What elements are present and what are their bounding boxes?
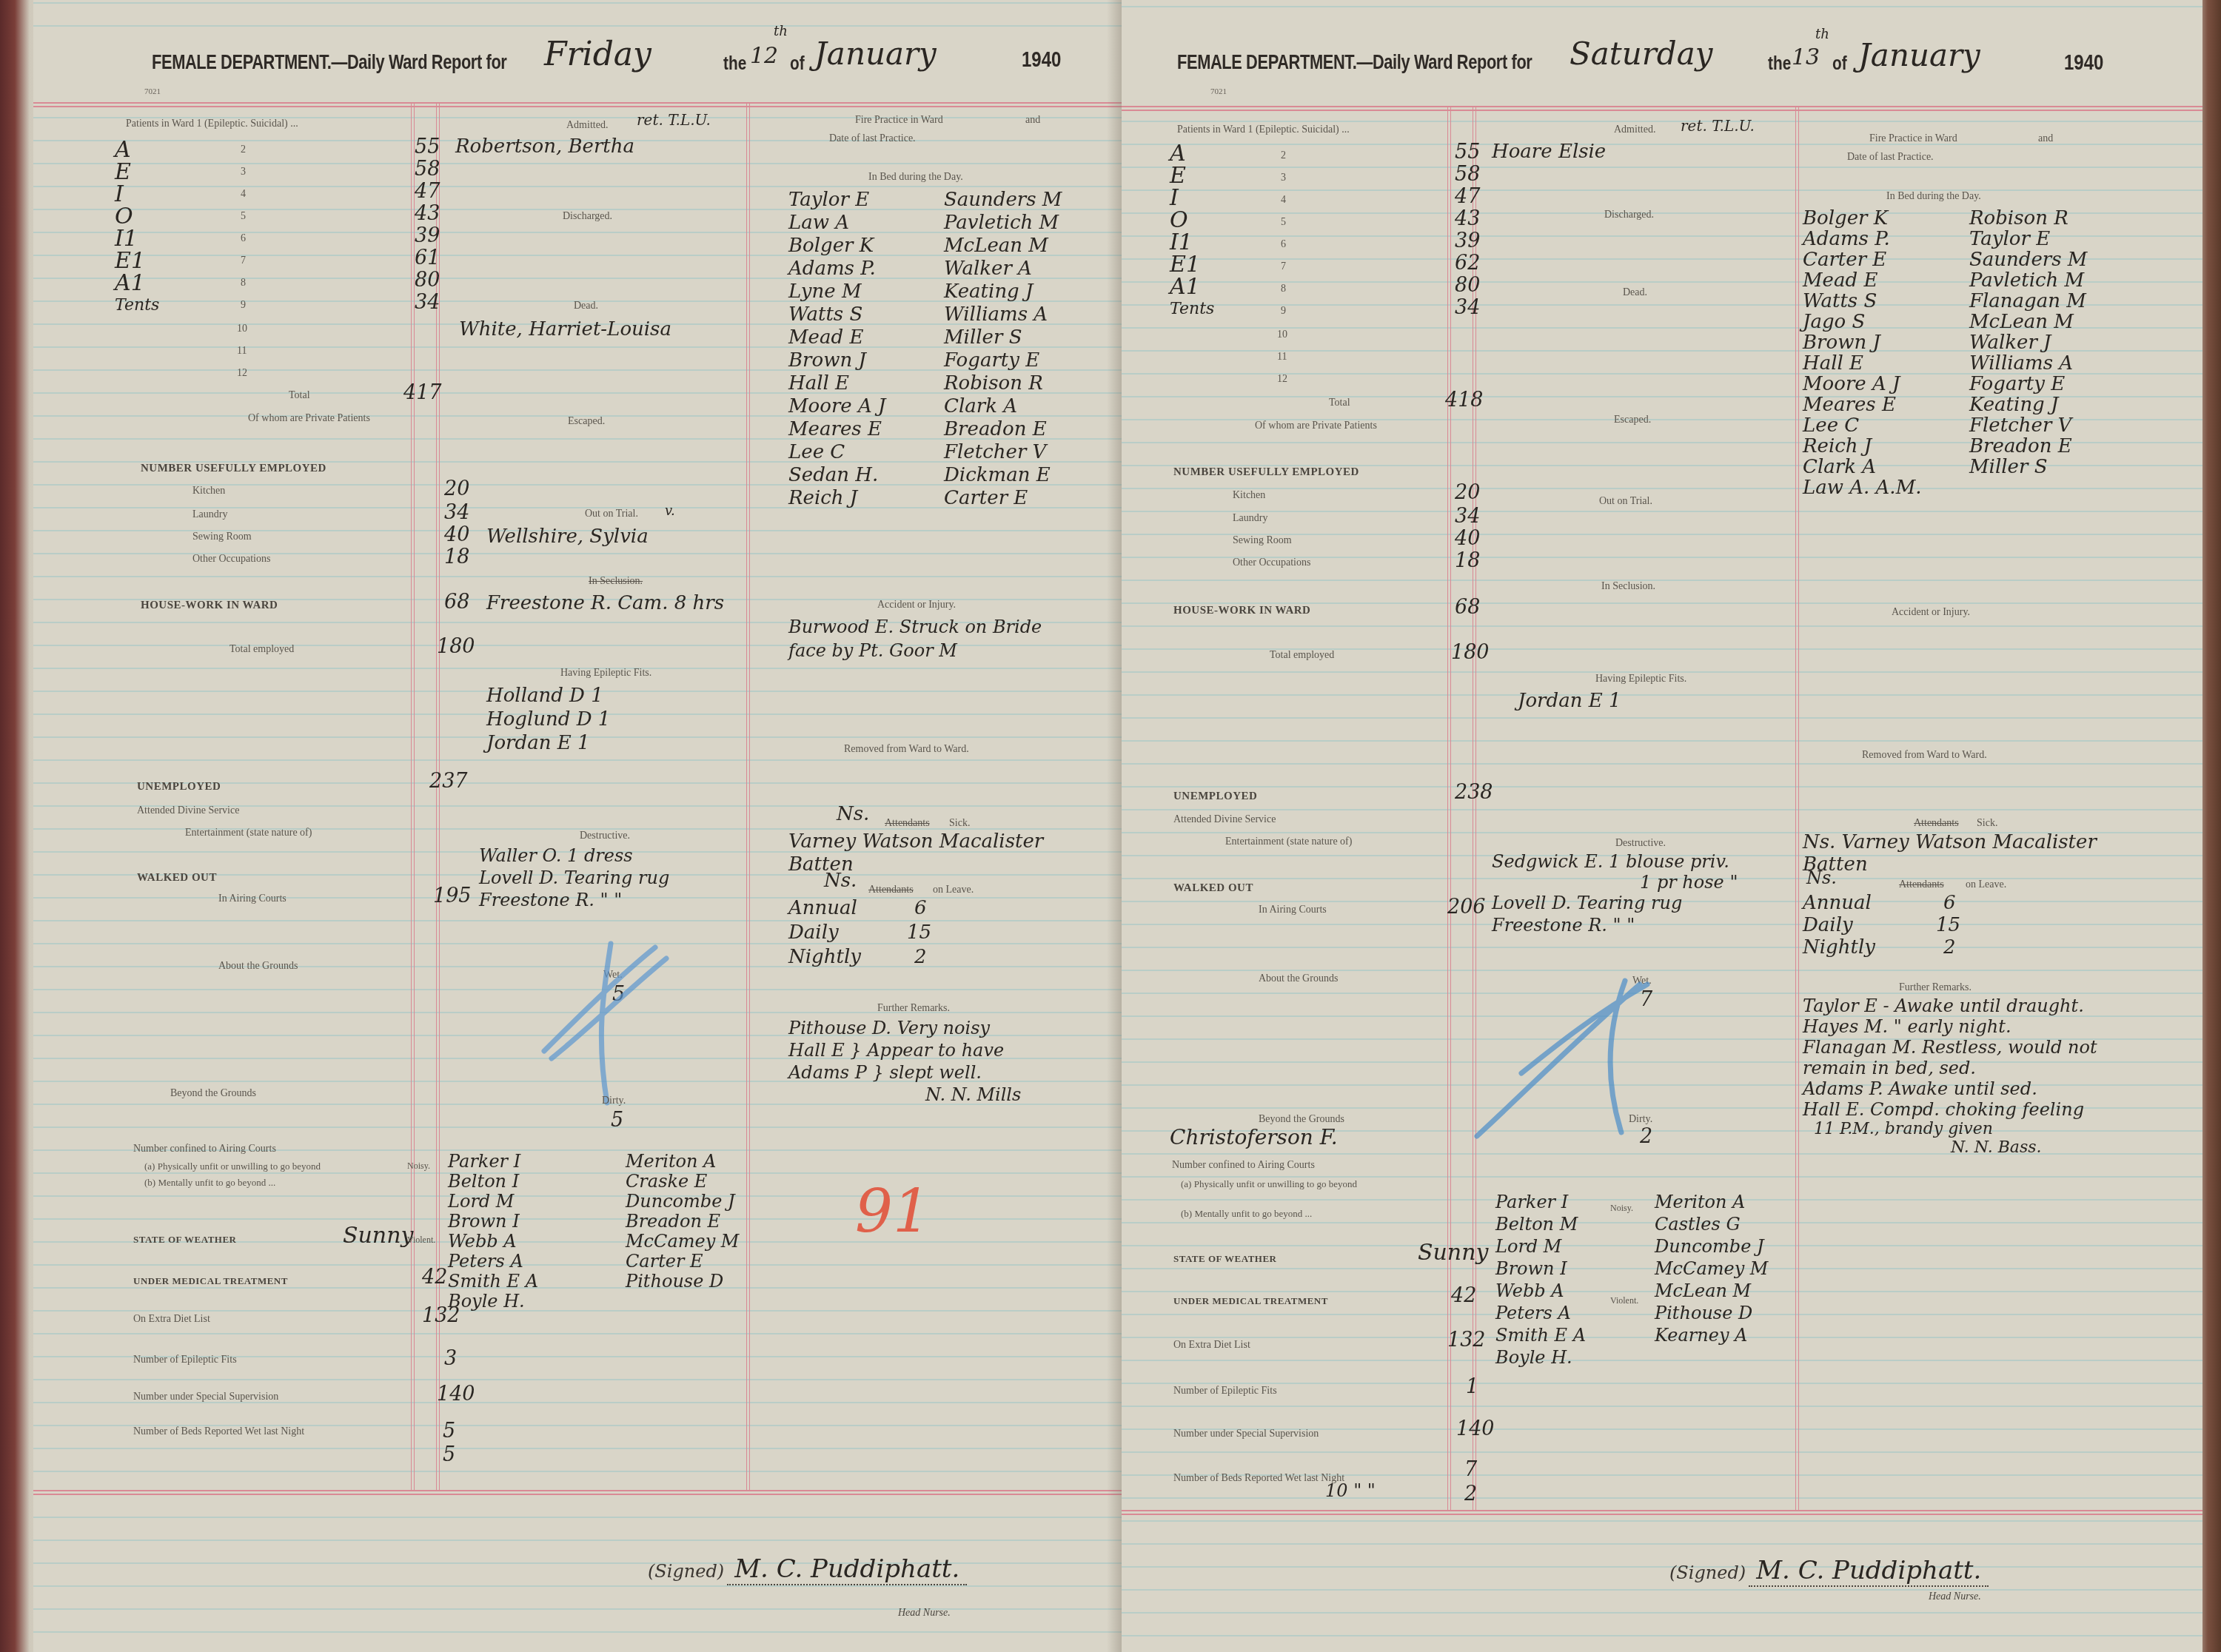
beyond-grounds-patient: Christoferson F. [1170,1125,1338,1149]
employment-label: Sewing Room [1233,535,1292,547]
accident-label: Accident or Injury. [1892,607,1970,619]
ward-number: 10 [237,323,247,335]
beds-wet-label: Number of Beds Reported Wet last Night [1173,1473,1344,1485]
violent-patient: Boyle H. [1495,1347,1572,1368]
in-bed-patient: McLean M [944,235,1048,257]
walked-out-label: WALKED OUT [137,872,217,884]
the-label: the [723,52,746,75]
ward-count: 80 [415,269,440,292]
ward-number: 7 [241,255,246,267]
remark-line: 11 P.M., brandy given [1814,1120,1993,1138]
destructive-patient: Lovell D. Tearing rug [479,867,669,888]
left-page: FEMALE DEPARTMENT.—Daily Ward Report for… [33,0,1122,1652]
leave-count: 6 [1943,892,1956,914]
fire-practice-and: and [1025,115,1040,127]
employment-count: 18 [1455,549,1480,572]
beds-wet-count: 5 [443,1420,455,1443]
attendants-struck-label: Attendants [1914,818,1959,830]
in-bed-patient: Saunders M [1969,249,2088,271]
housework-label: HOUSE-WORK IN WARD [141,600,278,612]
attendants-struck-label: Attendants [868,884,914,896]
housework-count: 68 [1455,596,1480,619]
column-divider [1795,107,1799,1511]
employment-count: 20 [1455,481,1480,504]
housework-label: HOUSE-WORK IN WARD [1173,605,1310,617]
leave-count: 15 [1936,914,1960,936]
special-supervision-count: 140 [1456,1417,1495,1440]
divine-service-label: Attended Divine Service [137,805,239,817]
signed-label: (Signed) [1669,1562,1746,1583]
remark-line: Adams P. Awake until sed. [1803,1078,2037,1099]
in-bed-patient: Watts S [788,303,862,326]
employment-count: 18 [444,545,469,568]
ward-number: 9 [1281,306,1286,318]
mentally-unfit-label: (b) Mentally unfit to go beyond ... [144,1177,275,1189]
sick-prefix: Ns. [837,803,869,825]
violent-patient: McCamey M [626,1231,739,1252]
remark-signature: N. N. Mills [925,1084,1021,1105]
airing-courts-count: 195 [433,884,472,907]
dirty-count: 5 [611,1109,623,1132]
fits-patient: Hoglund D 1 [486,708,610,731]
in-bed-patient: Adams P. [1803,228,1890,250]
in-bed-patient: Meares E [1803,394,1896,416]
accident-entry: face by Pt. Goor M [788,640,957,661]
entertainment-label: Entertainment (state nature of) [185,827,312,839]
in-bed-patient: Keating J [1969,394,2058,416]
remark-signature: N. N. Bass. [1951,1138,2042,1157]
in-bed-patient: Walker A [944,258,1032,280]
noisy-patient: Belton I [448,1171,519,1192]
date-last-practice-label: Date of last Practice. [829,133,916,145]
ward-count: 58 [415,158,440,181]
leave-count: 2 [914,946,927,968]
noisy-label: Noisy. [1610,1203,1633,1214]
beds-wet-label: Number of Beds Reported Wet last Night [133,1426,304,1438]
in-bed-patient: Reich J [1803,435,1872,457]
leave-label: on Leave. [1966,879,2006,891]
dirty-label: Dirty. [1629,1114,1652,1126]
report-year: 1940 [2064,50,2103,75]
leave-type: Annual [1803,892,1872,914]
in-bed-patient: Williams A [1969,352,2073,375]
in-bed-patient: Pavletich M [1969,269,2084,292]
in-bed-patient: Miller S [1969,456,2047,478]
date-suffix: th [1815,27,1829,42]
in-bed-patient: Moore A J [788,395,885,417]
in-bed-patient: Williams A [944,303,1048,326]
out-on-trial-label: Out on Trial. [585,508,638,520]
removed-label: Removed from Ward to Ward. [844,744,969,756]
fits-patient: Holland D 1 [486,685,603,707]
in-bed-patient: Bolger K [1803,207,1888,229]
in-bed-patient: Fletcher V [1969,414,2071,437]
sick-label: Sick. [949,818,970,830]
medical-count: 42 [1451,1284,1476,1307]
admitted-label: Admitted. [566,120,608,132]
private-patients-label: Of whom are Private Patients [1255,420,1377,432]
fits-label: Having Epileptic Fits. [560,668,651,679]
in-bed-patient: Hall E [1803,352,1863,375]
in-bed-patient: Lee C [1803,414,1859,437]
ward-number: 6 [241,233,246,245]
ward-number: 8 [241,278,246,289]
ward-code: A1 [1170,274,1200,300]
in-bed-patient: Robison R [1969,207,2068,229]
unemployed-count: 238 [1455,781,1493,804]
epileptic-fits-count: 3 [444,1347,457,1370]
total-count: 417 [403,381,442,404]
column-divider [746,104,750,1491]
airing-courts-count: 206 [1447,896,1486,919]
report-title: FEMALE DEPARTMENT.—Daily Ward Report for [152,50,506,74]
epileptic-fits-count: 1 [1466,1375,1478,1398]
beds-wet-count: 7 [1464,1458,1477,1481]
in-bed-patient: Brown J [788,349,866,372]
ward-count: 58 [1455,163,1480,186]
unemployed-count: 237 [429,770,468,793]
leave-label: on Leave. [933,884,974,896]
special-supervision-label: Number under Special Supervision [133,1391,278,1403]
destructive-patient: Freestone R. " " [479,890,622,910]
ward-count: 62 [1455,252,1480,275]
in-bed-patient: Flanagan M [1969,290,2086,312]
report-day: Friday [544,36,651,73]
leave-count: 15 [907,921,931,944]
unemployed-label: UNEMPLOYED [1173,790,1257,803]
leave-type: Nightly [788,946,861,968]
in-bed-patient: Breadon E [944,418,1047,440]
in-bed-patient: Mead E [788,326,863,349]
ward-count: 43 [415,202,440,225]
ward-count: 47 [1455,185,1480,208]
ward-number: 12 [1277,374,1287,386]
weather-value: Sunny [343,1223,413,1249]
physically-unfit-label: (a) Physically unfit or unwilling to go … [1181,1178,1357,1190]
noisy-patient: Lord M [448,1191,514,1212]
medical-count: 42 [422,1266,447,1289]
ward-code: Tents [115,296,159,315]
ward-number: 5 [1281,217,1286,229]
ward-count: 47 [415,180,440,203]
destructive-patient: Waller O. 1 dress [479,845,633,866]
employment-count: 40 [1455,527,1480,550]
remark-line: remain in bed, sed. [1803,1058,1976,1078]
in-bed-patient: Adams P. [788,258,876,280]
admitted-patient: Robertson, Bertha [455,135,634,158]
in-bed-patient: Taylor E [1969,228,2050,250]
in-bed-patient: Sedan H. [788,464,878,486]
in-bed-patient: Breadon E [1969,435,2072,457]
medical-label: UNDER MEDICAL TREATMENT [133,1275,288,1287]
admitted-note: ret. T.L.U. [637,111,711,129]
top-red-rule [33,102,1122,107]
signed-label: (Signed) [648,1561,724,1582]
in-bed-patient: Keating J [944,281,1033,303]
employment-label: Laundry [192,509,227,521]
in-bed-patient: Fogarty E [1969,373,2065,395]
ward-number: 10 [1277,329,1287,341]
extra-diet-label: On Extra Diet List [1173,1340,1250,1352]
the-label: the [1768,52,1791,75]
page-header: FEMALE DEPARTMENT.—Daily Ward Report for… [1122,28,2202,110]
bottom-red-rule [33,1490,1122,1495]
remark-line: Hayes M. " early night. [1803,1016,2011,1037]
noisy-patient: Brown I [448,1211,520,1232]
violent-patient: Peters A [1495,1303,1571,1323]
usefully-employed-label: NUMBER USEFULLY EMPLOYED [141,463,326,475]
about-grounds-label: About the Grounds [1259,973,1338,985]
usefully-employed-label: NUMBER USEFULLY EMPLOYED [1173,466,1359,479]
violent-patient: Smith E A [448,1271,538,1292]
noisy-patient: Parker I [1495,1192,1568,1212]
employment-label: Other Occupations [192,554,270,565]
in-bed-patient: Brown J [1803,332,1880,354]
violent-patient: Boyle H. [448,1291,525,1312]
sick-label: Sick. [1977,818,1997,830]
ward-number: 11 [237,346,247,357]
signature: M. C. Puddiphatt. [727,1554,967,1585]
fire-practice-label: Fire Practice in Ward [1869,133,1957,145]
of-label: of [1832,52,1847,75]
private-patients-label: Of whom are Private Patients [248,413,370,425]
destructive-patient: Sedgwick E. 1 blouse priv. [1492,851,1729,872]
report-month: January [1858,37,1980,73]
ward-number: 9 [241,300,246,312]
weather-label: STATE OF WEATHER [133,1234,236,1246]
leave-count: 2 [1943,936,1956,958]
violent-patient: Pithouse D [1655,1303,1752,1323]
leave-type: Annual [788,897,857,919]
dirty-count: 2 [1640,1125,1652,1148]
fits-label: Having Epileptic Fits. [1595,674,1686,685]
noisy-patient: Belton M [1495,1214,1578,1235]
noisy-patient: Brown I [1495,1258,1567,1279]
in-bed-patient: Reich J [788,487,857,509]
housework-count: 68 [444,591,469,614]
date-day: 12 [750,43,778,69]
in-bed-patient: Walker J [1969,332,2051,354]
in-bed-patient: Lee C [788,441,845,463]
ward-number: 6 [1281,239,1286,251]
employment-count: 20 [444,477,469,500]
seclusion-label: In Seclusion. [589,576,643,588]
leave-type: Daily [788,921,839,944]
in-bed-patient: Mead E [1803,269,1877,292]
total-employed-count: 180 [437,635,475,658]
beyond-grounds-label: Beyond the Grounds [1259,1114,1344,1126]
remarks-label: Further Remarks. [1899,982,1972,994]
top-red-rule [1122,106,2202,111]
in-bed-patient: McLean M [1969,311,2074,333]
ward-count: 43 [1455,207,1480,230]
date-suffix: th [774,24,788,39]
ward-number: 12 [237,368,247,380]
in-bed-patient: Jago S [1803,311,1865,333]
employment-count: 34 [1455,505,1480,528]
dead-label: Dead. [1623,287,1647,299]
ward-count: 80 [1455,274,1480,297]
fire-practice-label: Fire Practice in Ward [855,115,943,127]
ward-count: 34 [415,291,440,314]
ward-count: 39 [415,224,440,247]
employment-label: Kitchen [1233,490,1265,502]
in-bed-patient: Fletcher V [944,441,1046,463]
airing-courts-label: In Airing Courts [1259,904,1327,916]
seclusion-patient: Freestone R. Cam. 8 hrs [486,592,724,614]
ward-number: 2 [241,144,246,156]
signature-block: (Signed) M. C. Puddiphatt. [1669,1556,1989,1585]
ward-number: 3 [241,167,246,178]
in-bed-patient: Pavletich M [944,212,1059,234]
patients-header: Patients in Ward 1 (Epileptic. Suicidal)… [1177,124,1350,136]
fits-patient: Jordan E 1 [1518,690,1621,712]
extra-diet-label: On Extra Diet List [133,1314,210,1326]
epileptic-fits-label: Number of Epileptic Fits [133,1354,237,1366]
patients-header: Patients in Ward 1 (Epileptic. Suicidal)… [126,118,298,130]
admitted-label: Admitted. [1614,124,1655,136]
violent-patient: McLean M [1655,1280,1751,1301]
ward-number: 8 [1281,283,1286,295]
beyond-grounds-label: Beyond the Grounds [170,1088,256,1100]
confined-label: Number confined to Airing Courts [1172,1160,1315,1172]
noisy-label: Noisy. [407,1161,430,1172]
form-number: 7021 [1210,87,1227,96]
employment-label: Sewing Room [192,531,252,543]
in-bed-patient: Saunders M [944,189,1062,211]
employment-count: 40 [444,523,469,546]
leave-prefix: Ns. [1806,867,1837,888]
in-bed-patient: Taylor E [788,189,869,211]
date-day: 13 [1792,44,1820,70]
noisy-patient: Castles G [1655,1214,1741,1235]
seclusion-label: In Seclusion. [1601,581,1655,593]
escaped-label: Escaped. [568,416,605,428]
violent-patient: Webb A [1495,1280,1564,1301]
leave-type: Nightly [1803,936,1875,958]
total-label: Total [289,390,310,402]
total-label: Total [1329,397,1350,409]
ward-code: Tents [1170,300,1214,318]
extra-diet-count: 132 [1447,1329,1486,1352]
in-bed-patient: Clark A [1803,456,1876,478]
dead-patient: White, Harriet-Louisa [459,318,671,340]
ward-number: 11 [1277,352,1287,363]
destructive-patient: Lovell D. Tearing rug [1492,893,1682,913]
employment-count: 34 [444,501,469,524]
removed-label: Removed from Ward to Ward. [1862,750,1987,762]
ward-count: 61 [415,246,440,269]
admitted-patient: Hoare Elsie [1492,141,1606,163]
noisy-patient: Duncombe J [1655,1236,1764,1257]
walked-out-label: WALKED OUT [1173,882,1253,895]
weather-value: Sunny [1418,1240,1488,1266]
in-bed-patient: Robison R [944,372,1043,394]
beds-wet-extra: 2 [1464,1483,1477,1505]
airing-courts-label: In Airing Courts [218,893,287,905]
discharged-label: Discharged. [563,211,612,223]
ward-number: 5 [241,211,246,223]
beds-wet-note: 10 " " [1325,1480,1376,1501]
admitted-note: ret. T.L.U. [1681,117,1755,135]
ward-number: 7 [1281,261,1286,273]
dirty-label: Dirty. [602,1095,626,1107]
report-day: Saturday [1570,36,1712,72]
report-month: January [814,36,937,72]
mentally-unfit-label: (b) Mentally unfit to go beyond ... [1181,1208,1312,1220]
out-on-trial-note: v. [665,503,675,519]
violent-patient: Kearney A [1655,1325,1747,1346]
employment-label: Laundry [1233,513,1267,525]
in-bed-patient: Fogarty E [944,349,1039,372]
weather-label: STATE OF WEATHER [1173,1253,1276,1265]
violent-patient: Pithouse D [626,1271,723,1292]
date-last-practice-label: Date of last Practice. [1847,152,1934,164]
destructive-patient: Freestone R. " " [1492,915,1635,936]
beds-wet-extra: 5 [443,1443,455,1466]
in-bed-label: In Bed during the Day. [1886,191,1981,203]
violent-label: Violent. [407,1235,435,1246]
noisy-patient: McCamey M [1655,1258,1768,1279]
violent-patient: Smith E A [1495,1325,1586,1346]
ward-number: 2 [1281,150,1286,162]
ledger-book: FEMALE DEPARTMENT.—Daily Ward Report for… [0,0,2221,1652]
noisy-patient: Parker I [448,1151,520,1172]
in-bed-patient: Law A [788,212,849,234]
escaped-label: Escaped. [1614,414,1651,426]
ward-count: 55 [1455,141,1480,164]
leave-count: 6 [914,897,927,919]
destructive-label: Destructive. [1615,838,1666,850]
bottom-red-rule [1122,1510,2202,1515]
signature-block: (Signed) M. C. Puddiphatt. [648,1554,967,1584]
unemployed-label: UNEMPLOYED [137,781,221,793]
accident-label: Accident or Injury. [877,600,956,611]
medical-label: UNDER MEDICAL TREATMENT [1173,1295,1328,1307]
total-employed-label: Total employed [1270,650,1334,662]
in-bed-patient: Clark A [944,395,1017,417]
confined-label: Number confined to Airing Courts [133,1144,276,1155]
in-bed-patient: Hall E [788,372,849,394]
in-bed-patient: Bolger K [788,235,874,257]
employment-label: Kitchen [192,486,225,497]
violent-label: Violent. [1610,1295,1638,1306]
in-bed-patient: Dickman E [944,464,1051,486]
attendants-struck-label: Attendants [1899,879,1944,891]
ward-count: 55 [415,135,440,158]
violent-patient: Webb A [448,1231,517,1252]
noisy-patient: Meriton A [626,1151,716,1172]
noisy-patient: Duncombe J [626,1191,735,1212]
out-on-trial-label: Out on Trial. [1599,496,1652,508]
in-bed-patient: Moore A J [1803,373,1900,395]
report-title: FEMALE DEPARTMENT.—Daily Ward Report for [1177,50,1532,74]
ward-count: 39 [1455,229,1480,252]
violent-patient: Peters A [448,1251,523,1272]
fits-patient: Jordan E 1 [486,732,589,754]
noisy-patient: Breadon E [626,1211,720,1232]
employment-label: Other Occupations [1233,557,1310,569]
remark-line: Hall E. Compd. choking feeling [1803,1099,2084,1120]
ward-number: 3 [1281,172,1286,184]
in-bed-patient: Miller S [944,326,1022,349]
total-employed-count: 180 [1451,641,1490,664]
in-bed-patient: Law A. A.M. [1803,477,1922,499]
remark-line: Pithouse D. Very noisy [788,1018,990,1038]
ward-count: 34 [1455,296,1480,319]
head-nurse-label: Head Nurse. [898,1608,951,1619]
in-bed-label: In Bed during the Day. [868,172,963,184]
